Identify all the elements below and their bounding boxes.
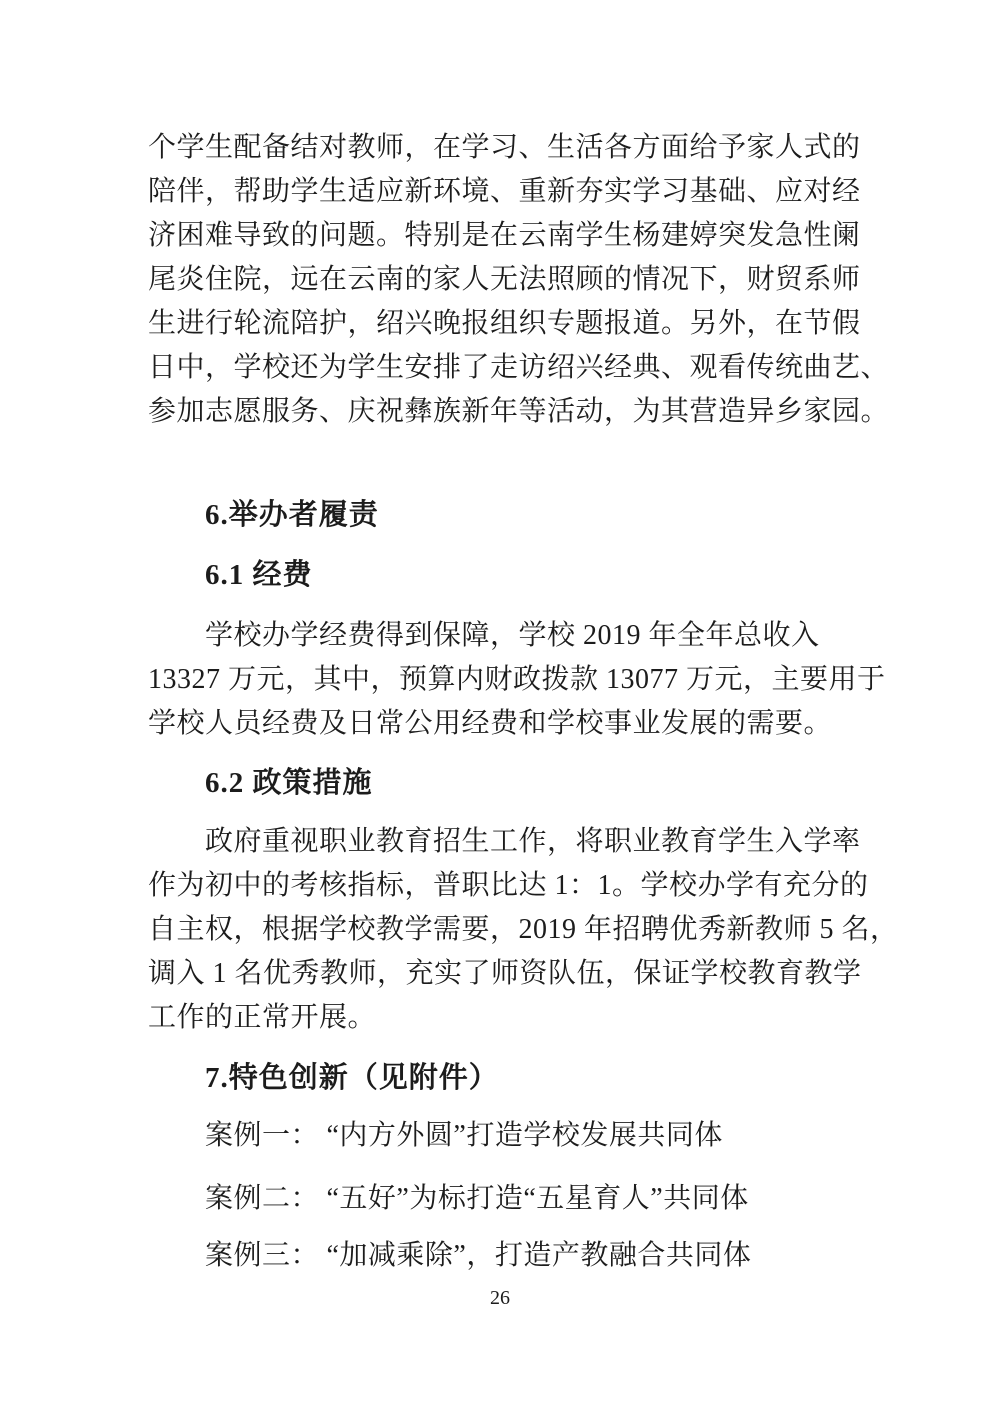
text-line: 学校办学经费得到保障，学校 2019 年全年总收入 (148, 614, 855, 658)
paragraph-continuation: 个学生配备结对教师，在学习、生活各方面给予家人式的 陪伴，帮助学生适应新环境、重… (148, 126, 855, 434)
section-heading-7: 7.特色创新（见附件） (205, 1058, 855, 1098)
page-content: 个学生配备结对教师，在学习、生活各方面给予家人式的 陪伴，帮助学生适应新环境、重… (0, 126, 1000, 1276)
text-line: 陪伴，帮助学生适应新环境、重新夯实学习基础、应对经 (148, 170, 855, 214)
section-heading-6-2: 6.2 政策措施 (205, 763, 855, 803)
text-line: 学校人员经费及日常公用经费和学校事业发展的需要。 (148, 702, 855, 746)
case-item-1: 案例一： “内方外圆”打造学校发展共同体 (205, 1116, 855, 1156)
text-line: 调入 1 名优秀教师，充实了师资队伍，保证学校教育教学 (148, 952, 855, 996)
text-line: 参加志愿服务、庆祝彝族新年等活动，为其营造异乡家园。 (148, 390, 855, 434)
text-line: 政府重视职业教育招生工作，将职业教育学生入学率 (148, 820, 855, 864)
text-line: 尾炎住院，远在云南的家人无法照顾的情况下，财贸系师 (148, 258, 855, 302)
case-item-3: 案例三： “加减乘除”，打造产教融合共同体 (205, 1236, 855, 1276)
case-item-2: 案例二： “五好”为标打造“五星育人”共同体 (205, 1179, 855, 1219)
paragraph-funding: 学校办学经费得到保障，学校 2019 年全年总收入 13327 万元，其中，预算… (148, 614, 855, 746)
page-number: 26 (0, 1286, 1000, 1310)
text-line: 自主权，根据学校教学需要，2019 年招聘优秀新教师 5 名， (148, 908, 855, 952)
paragraph-policy: 政府重视职业教育招生工作，将职业教育学生入学率 作为初中的考核指标，普职比达 1… (148, 820, 855, 1040)
text-line: 13327 万元，其中，预算内财政拨款 13077 万元，主要用于 (148, 658, 855, 702)
text-line: 个学生配备结对教师，在学习、生活各方面给予家人式的 (148, 126, 855, 170)
text-line: 日中，学校还为学生安排了走访绍兴经典、观看传统曲艺、 (148, 346, 855, 390)
text-line: 工作的正常开展。 (148, 996, 855, 1040)
text-line: 作为初中的考核指标，普职比达 1：1。学校办学有充分的 (148, 864, 855, 908)
section-heading-6-1: 6.1 经费 (205, 555, 855, 595)
section-heading-6: 6.举办者履责 (205, 495, 855, 535)
text-line: 济困难导致的问题。特别是在云南学生杨建婷突发急性阑 (148, 214, 855, 258)
document-page: 个学生配备结对教师，在学习、生活各方面给予家人式的 陪伴，帮助学生适应新环境、重… (0, 0, 1000, 1414)
text-line: 生进行轮流陪护，绍兴晚报组织专题报道。另外，在节假 (148, 302, 855, 346)
